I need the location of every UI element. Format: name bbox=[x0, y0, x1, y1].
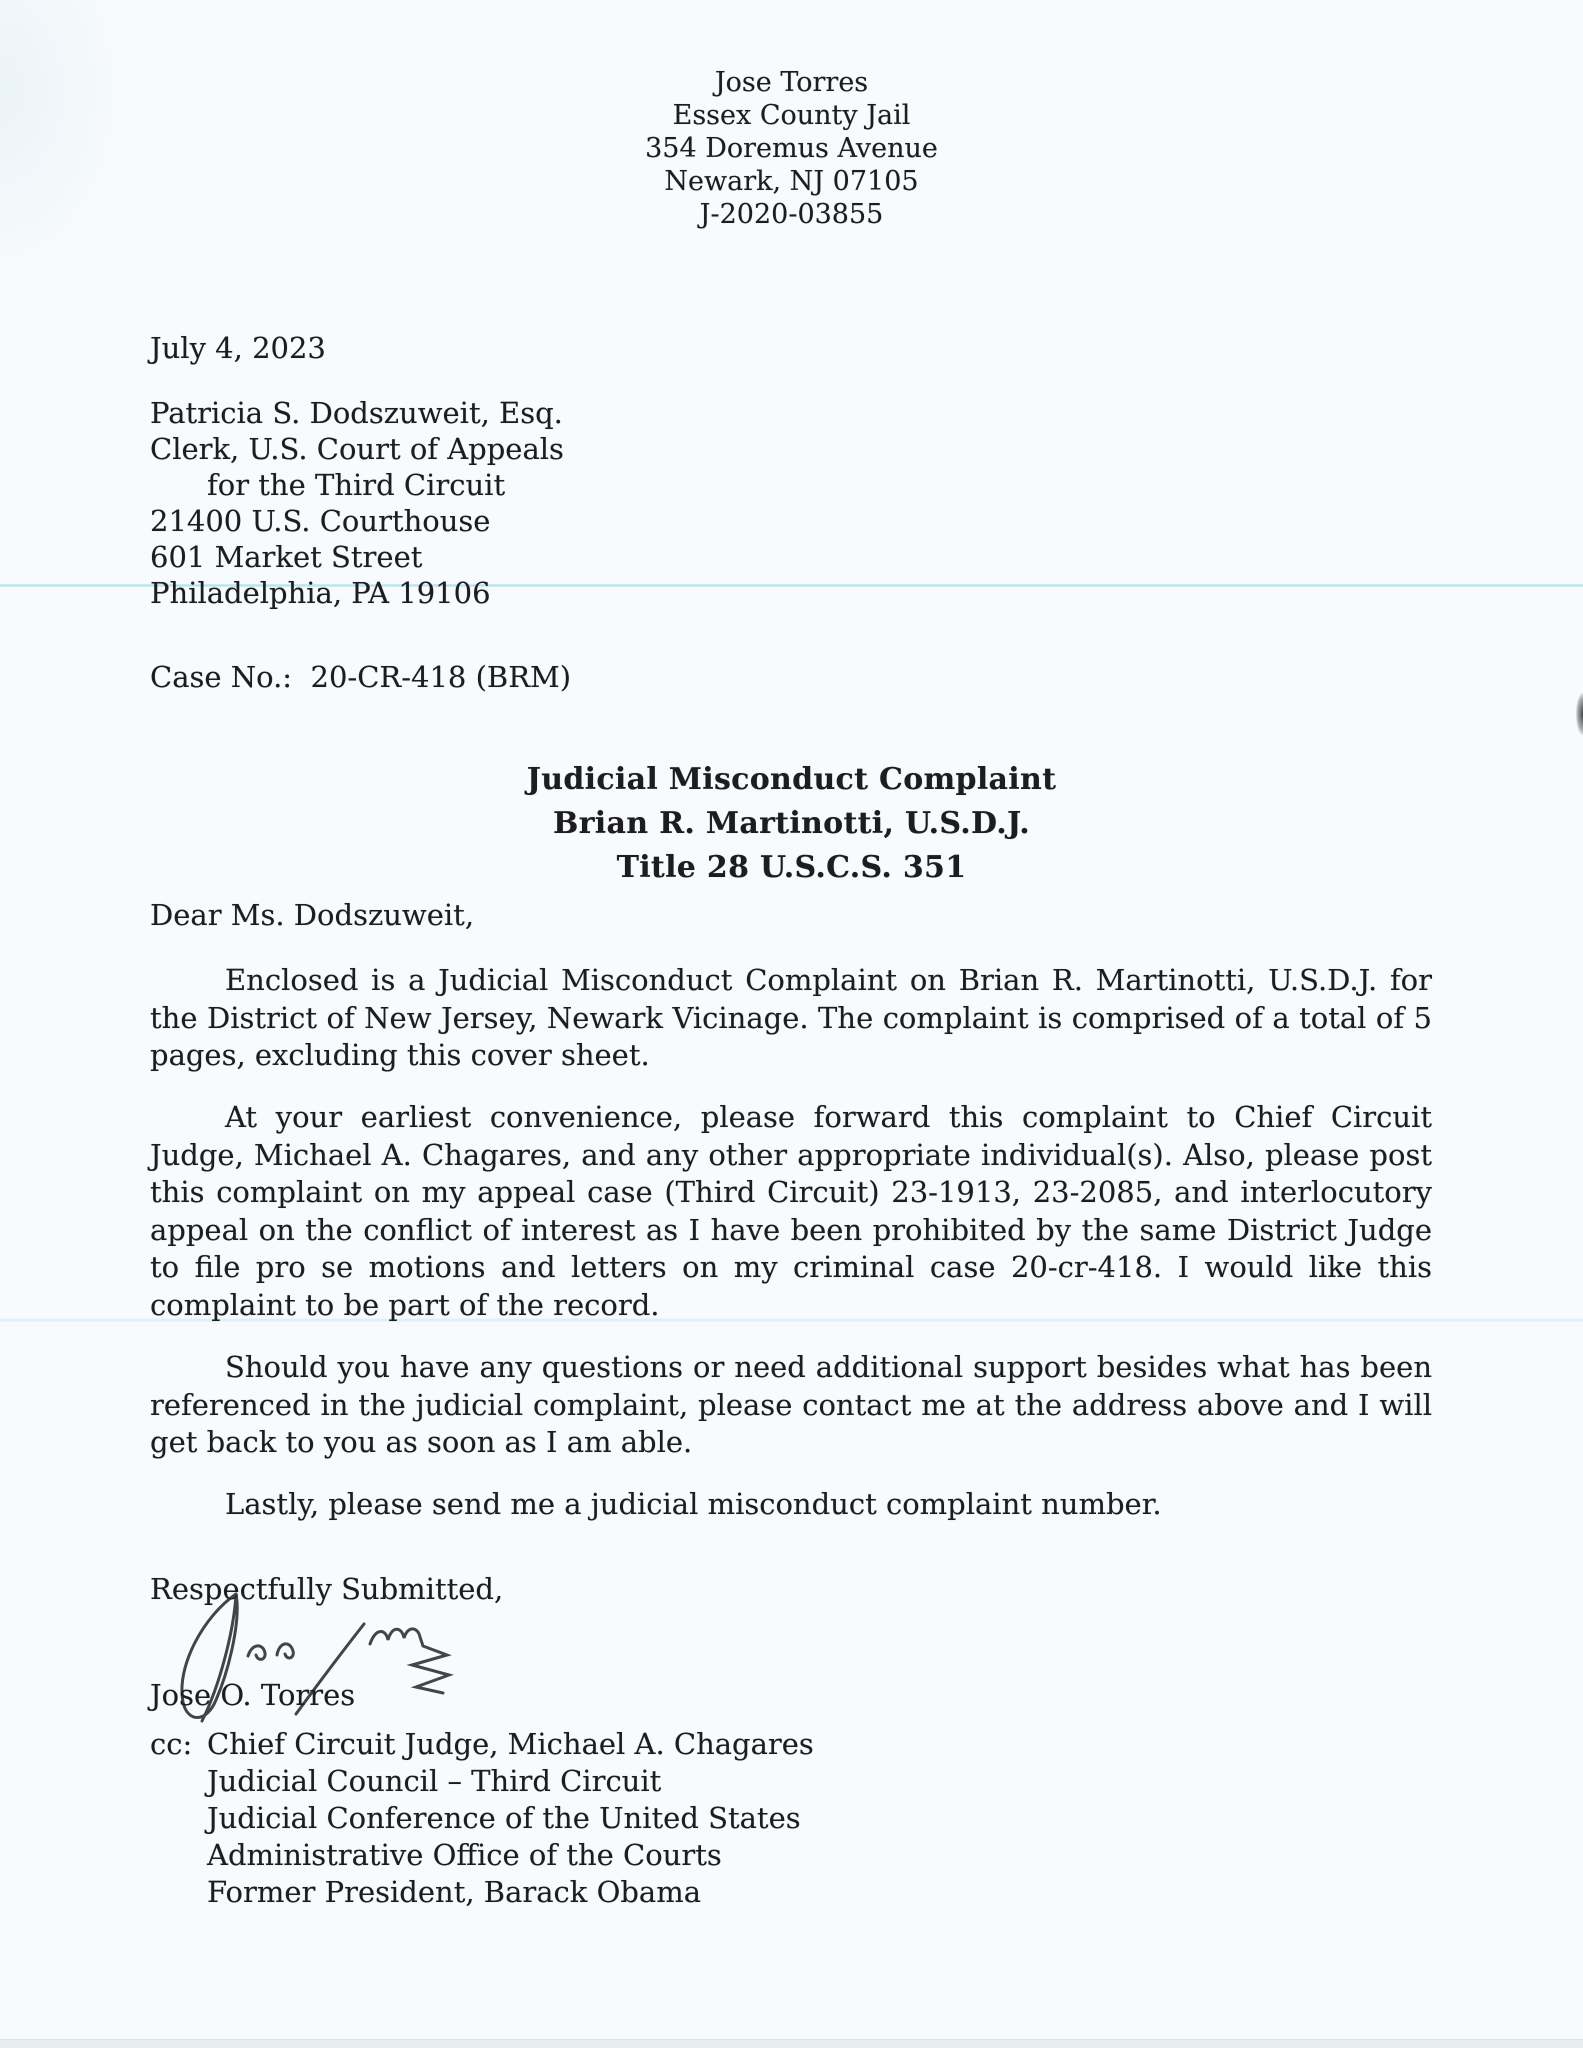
salutation: Dear Ms. Dodszuweit, bbox=[150, 898, 474, 932]
body-paragraph-2: At your earliest convenience, please for… bbox=[150, 1099, 1432, 1324]
cc-item: Former President, Barack Obama bbox=[207, 1874, 814, 1911]
cc-item: Judicial Conference of the United States bbox=[207, 1800, 814, 1837]
paragraph-text: At your earliest convenience, please for… bbox=[150, 1099, 1432, 1324]
scan-bottom-edge bbox=[0, 2039, 1583, 2048]
recipient-title: Clerk, U.S. Court of Appeals bbox=[150, 431, 564, 467]
sender-inmate-number: J-2020-03855 bbox=[0, 198, 1583, 231]
signer-name: Jose O. Torres bbox=[150, 1678, 355, 1712]
sender-name: Jose Torres bbox=[0, 66, 1583, 99]
sender-address-block: Jose Torres Essex County Jail 354 Doremu… bbox=[0, 66, 1583, 231]
subject-line-judge: Brian R. Martinotti, U.S.D.J. bbox=[0, 802, 1583, 846]
recipient-name: Patricia S. Dodszuweit, Esq. bbox=[150, 395, 564, 431]
paragraph-text: Lastly, please send me a judicial miscon… bbox=[150, 1486, 1432, 1524]
scanned-letter-page: Jose Torres Essex County Jail 354 Doremu… bbox=[0, 0, 1583, 2048]
case-number-line: Case No.: 20-CR-418 (BRM) bbox=[150, 660, 571, 694]
sender-city-state-zip: Newark, NJ 07105 bbox=[0, 165, 1583, 198]
recipient-address-block: Patricia S. Dodszuweit, Esq. Clerk, U.S.… bbox=[150, 395, 564, 611]
subject-heading: Judicial Misconduct Complaint Brian R. M… bbox=[0, 758, 1583, 890]
letter-date: July 4, 2023 bbox=[150, 330, 326, 366]
recipient-street: 601 Market Street bbox=[150, 539, 564, 575]
cc-block: cc: Chief Circuit Judge, Michael A. Chag… bbox=[150, 1726, 814, 1911]
cc-list: Chief Circuit Judge, Michael A. Chagares… bbox=[207, 1726, 814, 1911]
sender-facility: Essex County Jail bbox=[0, 99, 1583, 132]
cc-item: Chief Circuit Judge, Michael A. Chagares bbox=[207, 1726, 814, 1763]
body-paragraph-4: Lastly, please send me a judicial miscon… bbox=[150, 1486, 1432, 1524]
subject-line-statute: Title 28 U.S.C.S. 351 bbox=[0, 846, 1583, 890]
cc-item: Judicial Council – Third Circuit bbox=[207, 1763, 814, 1800]
recipient-building: 21400 U.S. Courthouse bbox=[150, 503, 564, 539]
paragraph-text: Enclosed is a Judicial Misconduct Compla… bbox=[150, 962, 1432, 1075]
paragraph-text: Should you have any questions or need ad… bbox=[150, 1349, 1432, 1462]
recipient-city-state-zip: Philadelphia, PA 19106 bbox=[150, 575, 564, 611]
scan-edge-smudge bbox=[1576, 693, 1583, 735]
recipient-title-continued: for the Third Circuit bbox=[150, 467, 564, 503]
cc-item: Administrative Office of the Courts bbox=[207, 1837, 814, 1874]
sender-street: 354 Doremus Avenue bbox=[0, 132, 1583, 165]
cc-label: cc: bbox=[150, 1726, 207, 1911]
body-paragraph-1: Enclosed is a Judicial Misconduct Compla… bbox=[150, 962, 1432, 1075]
body-paragraph-3: Should you have any questions or need ad… bbox=[150, 1349, 1432, 1462]
subject-line-complaint: Judicial Misconduct Complaint bbox=[0, 758, 1583, 802]
